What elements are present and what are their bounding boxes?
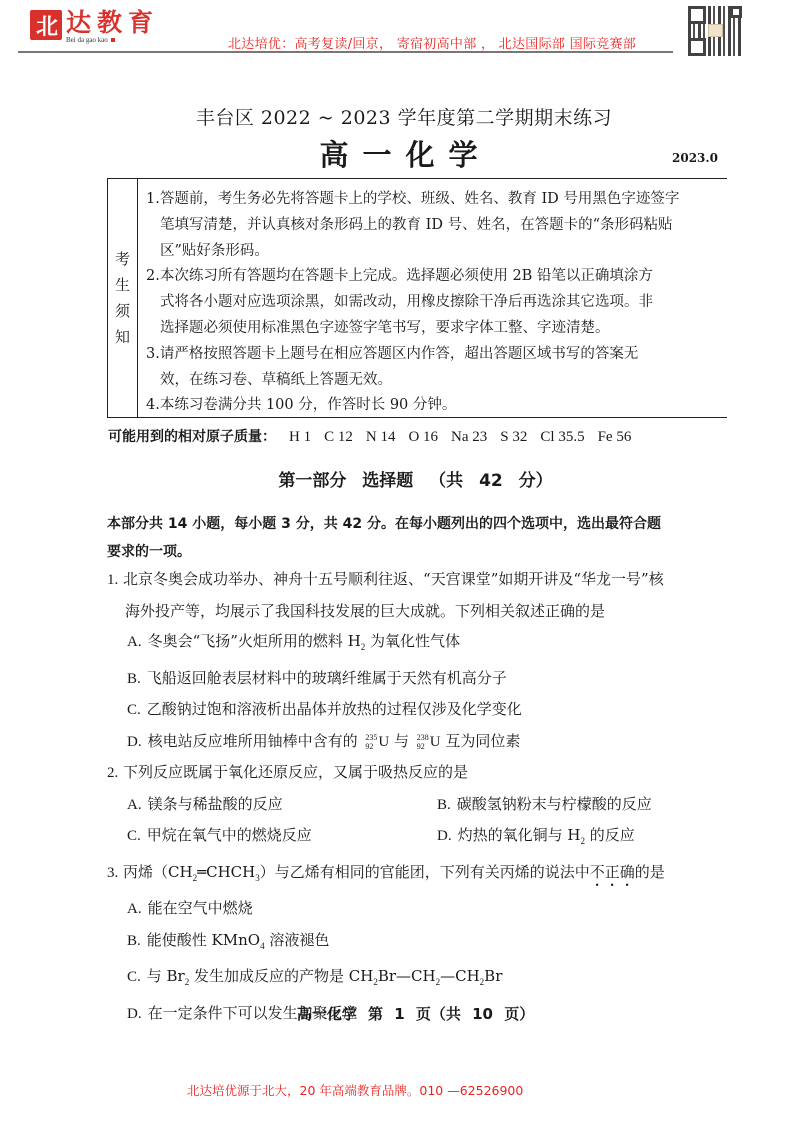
question-2: 2. 下列反应既属于氧化还原反应，又属于吸热反应的是 A.镁条与稀盐酸的反应 B… xyxy=(107,757,747,857)
option-c: C.甲烷在氧气中的燃烧反应 xyxy=(127,820,437,857)
question-stem: 下列反应既属于氧化还原反应，又属于吸热反应的是 xyxy=(123,763,468,781)
question-1: 1. 北京冬奥会成功举办、神舟十五号顺利往返、“天宫课堂”如期开讲及“华龙一号”… xyxy=(107,564,747,757)
exam-notice-box: 考 生 须 知 1.答题前，考生务必先将答题卡上的学校、班级、姓名、教育 ID … xyxy=(107,178,727,418)
option-a: A.能在空气中燃烧 xyxy=(107,893,747,925)
advert-footer: 北达培优源于北大，20 年高端教育品牌。010 —62526900 xyxy=(187,1081,523,1099)
notice-item-2: 2.本次练习所有答题均在答题卡上完成。选择题必须使用 2B 铅笔以正确填涂方 式… xyxy=(146,264,736,341)
question-stem: 丙烯（CH2═CHCH3）与乙烯有相同的官能团，下列有关丙烯的说法中不正确的是 xyxy=(123,863,665,881)
notice-body: 1.答题前，考生务必先将答题卡上的学校、班级、姓名、教育 ID 号用黑色字迹签字… xyxy=(146,187,736,419)
date-stamp: 2023.0 xyxy=(672,151,718,165)
option-a: A.冬奥会“飞扬”火炬所用的燃料 H2 为氧化性气体 xyxy=(107,626,747,663)
option-a: A.镁条与稀盐酸的反应 xyxy=(127,789,437,821)
notice-item-1: 1.答题前，考生务必先将答题卡上的学校、班级、姓名、教育 ID 号用黑色字迹签字… xyxy=(146,187,736,264)
section-description: 本部分共 14 小题，每小题 3 分，共 42 分。在每小题列出的四个选项中，选… xyxy=(107,510,727,566)
exam-title: 丰台区 2022 ~ 2023 学年度第二学期期末练习 xyxy=(0,103,793,130)
header-banner: 北 达教育 Bei da gao kao 北达培优：高考复读/回京， 寄宿初高中… xyxy=(0,0,793,62)
logo-mark-icon: 北 xyxy=(30,10,62,40)
atomic-masses: 可能用到的相对原子质量：H 1C 12N 14O 16Na 23S 32Cl 3… xyxy=(108,426,631,446)
emphasis-text: 不正确 xyxy=(590,863,635,881)
question-list: 1. 北京冬奥会成功举办、神舟十五号顺利往返、“天宫课堂”如期开讲及“华龙一号”… xyxy=(107,564,747,1029)
notice-item-3: 3.请严格按照答题卡上题号在相应答题区内作答，超出答题区域书写的答案无 效，在练… xyxy=(146,342,736,394)
page-number-footer: 高一化学 第 1 页（共 10 页） xyxy=(0,1003,793,1024)
option-d: D.核电站反应堆所用铀棒中含有的 23592U 与 23892U 互为同位素 xyxy=(107,726,747,758)
qr-code-icon xyxy=(688,6,742,56)
option-b: B.能使酸性 KMnO4 溶液褪色 xyxy=(107,925,747,962)
brand-logo: 北 达教育 Bei da gao kao xyxy=(30,10,159,44)
question-stem: 北京冬奥会成功举办、神舟十五号顺利往返、“天宫课堂”如期开讲及“华龙一号”核 xyxy=(123,570,664,588)
logo-text: 达教育 xyxy=(66,10,159,36)
option-d: D.灼热的氧化铜与 H2 的反应 xyxy=(437,820,747,857)
logo-pinyin: Bei da gao kao xyxy=(66,36,159,44)
option-b: B.飞船返回舱表层材料中的玻璃纤维属于天然有机高分子 xyxy=(107,663,747,695)
section-title: 第一部分 选择题 （共 42 分） xyxy=(0,466,793,491)
banner-divider xyxy=(18,51,673,53)
option-c: C.与 Br2 发生加成反应的产物是 CH2Br—CH2—CH2Br xyxy=(107,961,747,998)
notice-label: 考 生 须 知 xyxy=(108,179,138,417)
banner-slogan: 北达培优：高考复读/回京， 寄宿初高中部 ， 北达国际部 国际竞赛部 xyxy=(228,33,636,52)
option-c: C.乙酸钠过饱和溶液析出晶体并放热的过程仅涉及化学变化 xyxy=(107,694,747,726)
option-b: B.碳酸氢钠粉末与柠檬酸的反应 xyxy=(437,789,747,821)
notice-item-4: 4.本练习卷满分共 100 分，作答时长 90 分钟。 xyxy=(146,393,736,419)
